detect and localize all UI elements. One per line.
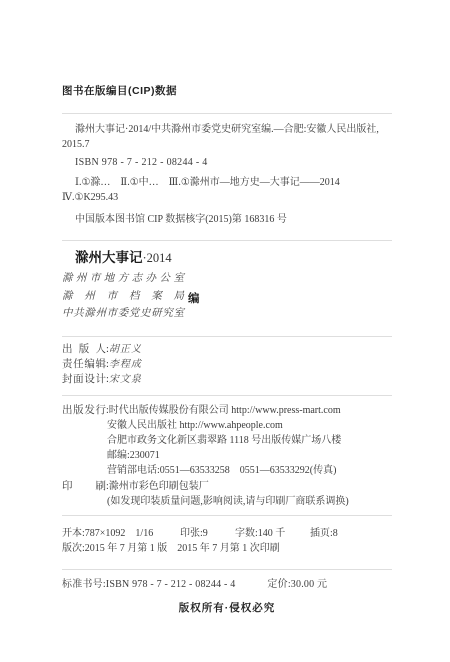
publisher-label: 出版人	[62, 342, 106, 357]
cip-class-line2: Ⅳ.①K295.43	[62, 190, 392, 205]
designer-row: 封面设计:宋文泉	[62, 372, 392, 387]
cip-entry-line2: 2015.7	[62, 137, 392, 152]
cip-entry-line1: 滁州大事记·2014/中共滁州市委党史研究室编.—合肥:安徽人民出版社,	[62, 122, 392, 137]
publish-label: 出版发行	[62, 403, 106, 418]
spec-inserts-value: 8	[333, 528, 338, 539]
staff-block: 出版人:胡正义 责任编辑:李程成 封面设计:宋文泉	[62, 342, 392, 387]
printer-name: 滁州市彩色印刷包装厂	[109, 481, 209, 492]
divider	[62, 240, 392, 241]
cip-class-line1: Ⅰ.①滁… Ⅱ.①中… Ⅲ.①滁州市—地方史—大事记——2014	[62, 175, 392, 190]
edition-row: 版次:2015 年 7 月第 1 版 2015 年 7 月第 1 次印刷	[62, 541, 392, 557]
spec-words-label: 字数	[235, 528, 255, 539]
org-item: 滁州市地方志办公室	[62, 270, 184, 288]
divider	[62, 113, 392, 114]
book-title-year: ·2014	[143, 251, 172, 265]
printer-row: 印刷:滁州市彩色印刷包装厂	[62, 479, 392, 494]
quality-note: (如发现印装质量问题,影响阅读,请与印刷厂商联系调换)	[62, 494, 392, 509]
cip-entry: 滁州大事记·2014/中共滁州市委党史研究室编.—合肥:安徽人民出版社, 201…	[62, 122, 392, 152]
isbn-value: ISBN 978 - 7 - 212 - 08244 - 4	[106, 579, 236, 590]
divider	[62, 515, 392, 516]
book-title-main: 滁州大事记	[75, 250, 143, 265]
press-row: 安徽人民出版社 http://www.ahpeople.com	[62, 418, 392, 433]
price-value: 30.00 元	[291, 579, 327, 590]
phone-row: 营销部电话:0551—63533258 0551—63533292(传真)	[62, 463, 392, 478]
divider	[62, 336, 392, 337]
org-item: 滁州市档案局	[62, 288, 184, 306]
price: 定价:30.00 元	[267, 577, 327, 592]
address-row: 合肥市政务文化新区翡翠路 1118 号出版传媒广场八楼	[62, 433, 392, 448]
divider	[62, 569, 392, 570]
spec-words: 字数:140 千	[235, 526, 310, 541]
editor-label: 责任编辑	[62, 357, 106, 372]
printer-label: 印刷	[62, 479, 106, 494]
cip-isbn: ISBN 978 - 7 - 212 - 08244 - 4	[62, 155, 392, 170]
edition-label: 版次	[62, 543, 82, 554]
publish-company: 时代出版传媒股份有限公司 http://www.press-mart.com	[109, 405, 341, 416]
cip-header: 图书在版编目(CIP)数据	[62, 0, 392, 98]
spec-row: 开本:787×1092 1/16 印张:9 字数:140 千 插页:8	[62, 526, 392, 541]
compiler-orgs: 滁州市地方志办公室 滁州市档案局 中共滁州市委党史研究室 编	[62, 270, 392, 323]
spec-sheets: 印张:9	[180, 526, 235, 541]
price-label: 定价	[267, 579, 287, 590]
cip-classification: Ⅰ.①滁… Ⅱ.①中… Ⅲ.①滁州市—地方史—大事记——2014 Ⅳ.①K295…	[62, 175, 392, 205]
editor-mark: 编	[188, 290, 200, 306]
postcode-row: 邮编:230071	[62, 448, 392, 463]
spec-sheets-label: 印张	[180, 528, 200, 539]
editor-name: 李程成	[109, 359, 142, 370]
publishing-block: 出版发行:时代出版传媒股份有限公司 http://www.press-mart.…	[62, 403, 392, 509]
standard-isbn: 标准书号:ISBN 978 - 7 - 212 - 08244 - 4	[62, 577, 235, 592]
copyright-notice: 版权所有·侵权必究	[62, 600, 392, 615]
designer-name: 宋文泉	[109, 374, 142, 385]
publisher-name: 胡正义	[109, 344, 142, 355]
divider	[62, 395, 392, 396]
spec-format: 开本:787×1092 1/16	[62, 526, 180, 541]
spec-inserts-label: 插页	[310, 528, 330, 539]
spec-words-value: 140 千	[258, 528, 286, 539]
publish-row: 出版发行:时代出版传媒股份有限公司 http://www.press-mart.…	[62, 403, 392, 418]
spec-sheets-value: 9	[203, 528, 208, 539]
footer-row: 标准书号:ISBN 978 - 7 - 212 - 08244 - 4 定价:3…	[62, 577, 392, 592]
editor-row: 责任编辑:李程成	[62, 357, 392, 372]
spec-inserts: 插页:8	[310, 526, 338, 541]
spec-format-label: 开本	[62, 528, 82, 539]
org-item: 中共滁州市委党史研究室	[62, 305, 184, 323]
copyright-page: 图书在版编目(CIP)数据 滁州大事记·2014/中共滁州市委党史研究室编.—合…	[62, 0, 392, 615]
designer-label: 封面设计	[62, 372, 106, 387]
publisher-row: 出版人:胡正义	[62, 342, 392, 357]
cip-record: 中国版本图书馆 CIP 数据核字(2015)第 168316 号	[62, 212, 392, 227]
edition-value: 2015 年 7 月第 1 版 2015 年 7 月第 1 次印刷	[85, 543, 280, 554]
spec-format-value: 787×1092 1/16	[85, 528, 153, 539]
book-title: 滁州大事记·2014	[62, 250, 392, 266]
isbn-label: 标准书号	[62, 579, 103, 590]
